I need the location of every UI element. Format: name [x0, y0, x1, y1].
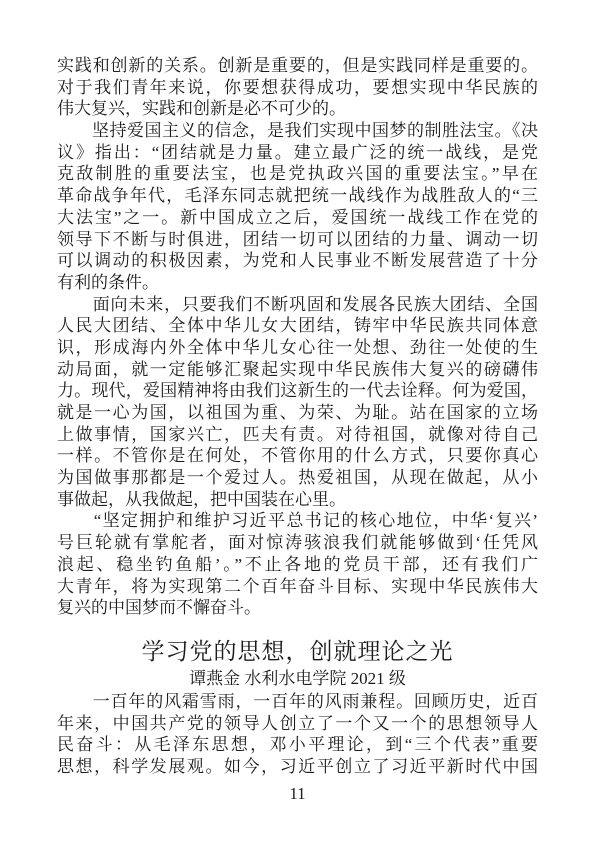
text-line: 民奋斗：从毛泽东思想，邓小平理论，到“三个代表”重要 [57, 734, 538, 756]
text-line: 年来，中国共产党的领导人创立了一个又一个的思想领导人 [57, 713, 538, 735]
page-number: 11 [0, 784, 595, 804]
section-byline: 谭燕金 水利水电学院 2021 级 [57, 667, 538, 691]
text-line: 对于我们青年来说，你要想获得成功，要想实现中华民族的 [57, 77, 538, 99]
text-line: 复兴的中国梦而不懈奋斗。 [57, 597, 538, 619]
paragraph: 面向未来，只要我们不断巩固和发展各民族大团结、全国人民大团结、全体中华儿女大团结… [57, 294, 538, 511]
document-page: 实践和创新的关系。创新是重要的，但是实践同样是重要的。对于我们青年来说，你要想获… [0, 0, 595, 842]
text-line: 有利的条件。 [57, 272, 538, 294]
paragraph: 实践和创新的关系。创新是重要的，但是实践同样是重要的。对于我们青年来说，你要想获… [57, 55, 538, 120]
text-line: 事做起，从我做起，把中国装在心里。 [57, 489, 538, 511]
text-line: 识，形成海内外全体中华儿女心往一处想、劲往一处使的生 [57, 337, 538, 359]
text-line: 大法宝”之一。新中国成立之后，爱国统一战线工作在党的 [57, 207, 538, 229]
section-heading: 学习党的思想，创就理论之光 谭燕金 水利水电学院 2021 级 [57, 637, 538, 691]
text-content: 实践和创新的关系。创新是重要的，但是实践同样是重要的。对于我们青年来说，你要想获… [57, 55, 538, 778]
text-line: 一样。不管你是在何处，不管你用的什么方式，只要你真心 [57, 445, 538, 467]
text-line: 号巨轮就有掌舵者，面对惊涛骇浪我们就能够做到‘任凭风 [57, 532, 538, 554]
text-line: 面向未来，只要我们不断巩固和发展各民族大团结、全国 [57, 294, 538, 316]
body-paragraphs-top: 实践和创新的关系。创新是重要的，但是实践同样是重要的。对于我们青年来说，你要想获… [57, 55, 538, 619]
text-line: 大青年，将为实现第二个百年奋斗目标、实现中华民族伟大 [57, 576, 538, 598]
text-line: 人民大团结、全体中华儿女大团结，铸牢中华民族共同体意 [57, 315, 538, 337]
paragraph: 一百年的风霜雪雨，一百年的风雨兼程。回顾历史，近百年来，中国共产党的领导人创立了… [57, 691, 538, 778]
section-title: 学习党的思想，创就理论之光 [57, 637, 538, 667]
text-line: 可以调动的积极因素，为党和人民事业不断发展营造了十分 [57, 250, 538, 272]
body-paragraphs-bottom: 一百年的风霜雪雨，一百年的风雨兼程。回顾历史，近百年来，中国共产党的领导人创立了… [57, 691, 538, 778]
text-line: 浪起、稳坐钓鱼船’。”不止各地的党员干部，还有我们广 [57, 554, 538, 576]
paragraph: “坚定拥护和维护习近平总书记的核心地位，中华‘复兴’号巨轮就有掌舵者，面对惊涛骇… [57, 510, 538, 618]
text-line: 动局面，就一定能够汇聚起实现中华民族伟大复兴的磅礴伟 [57, 359, 538, 381]
text-line: 一百年的风霜雪雨，一百年的风雨兼程。回顾历史，近百 [57, 691, 538, 713]
text-line: 领导下不断与时俱进，团结一切可以团结的力量、调动一切 [57, 229, 538, 251]
text-line: 议》指出：“团结就是力量。建立最广泛的统一战线，是党 [57, 142, 538, 164]
text-line: 就是一心为国，以祖国为重、为荣、为耻。站在国家的立场 [57, 402, 538, 424]
text-line: 实践和创新的关系。创新是重要的，但是实践同样是重要的。 [57, 55, 538, 77]
paragraph: 坚持爱国主义的信念，是我们实现中国梦的制胜法宝。《决议》指出：“团结就是力量。建… [57, 120, 538, 294]
text-line: “坚定拥护和维护习近平总书记的核心地位，中华‘复兴’ [57, 510, 538, 532]
text-line: 克敌制胜的重要法宝，也是党执政兴国的重要法宝。”早在 [57, 163, 538, 185]
text-line: 坚持爱国主义的信念，是我们实现中国梦的制胜法宝。《决 [57, 120, 538, 142]
text-line: 上做事情，国家兴亡，匹夫有责。对待祖国，就像对待自己 [57, 424, 538, 446]
text-line: 力。现代，爱国精神将由我们这新生的一代去诠释。何为爱国， [57, 380, 538, 402]
text-line: 革命战争年代，毛泽东同志就把统一战线作为战胜敌人的“三 [57, 185, 538, 207]
text-line: 思想，科学发展观。如今，习近平创立了习近平新时代中国 [57, 756, 538, 778]
text-line: 为国做事那都是一个爱过人。热爱祖国，从现在做起，从小 [57, 467, 538, 489]
text-line: 伟大复兴，实践和创新是必不可少的。 [57, 98, 538, 120]
